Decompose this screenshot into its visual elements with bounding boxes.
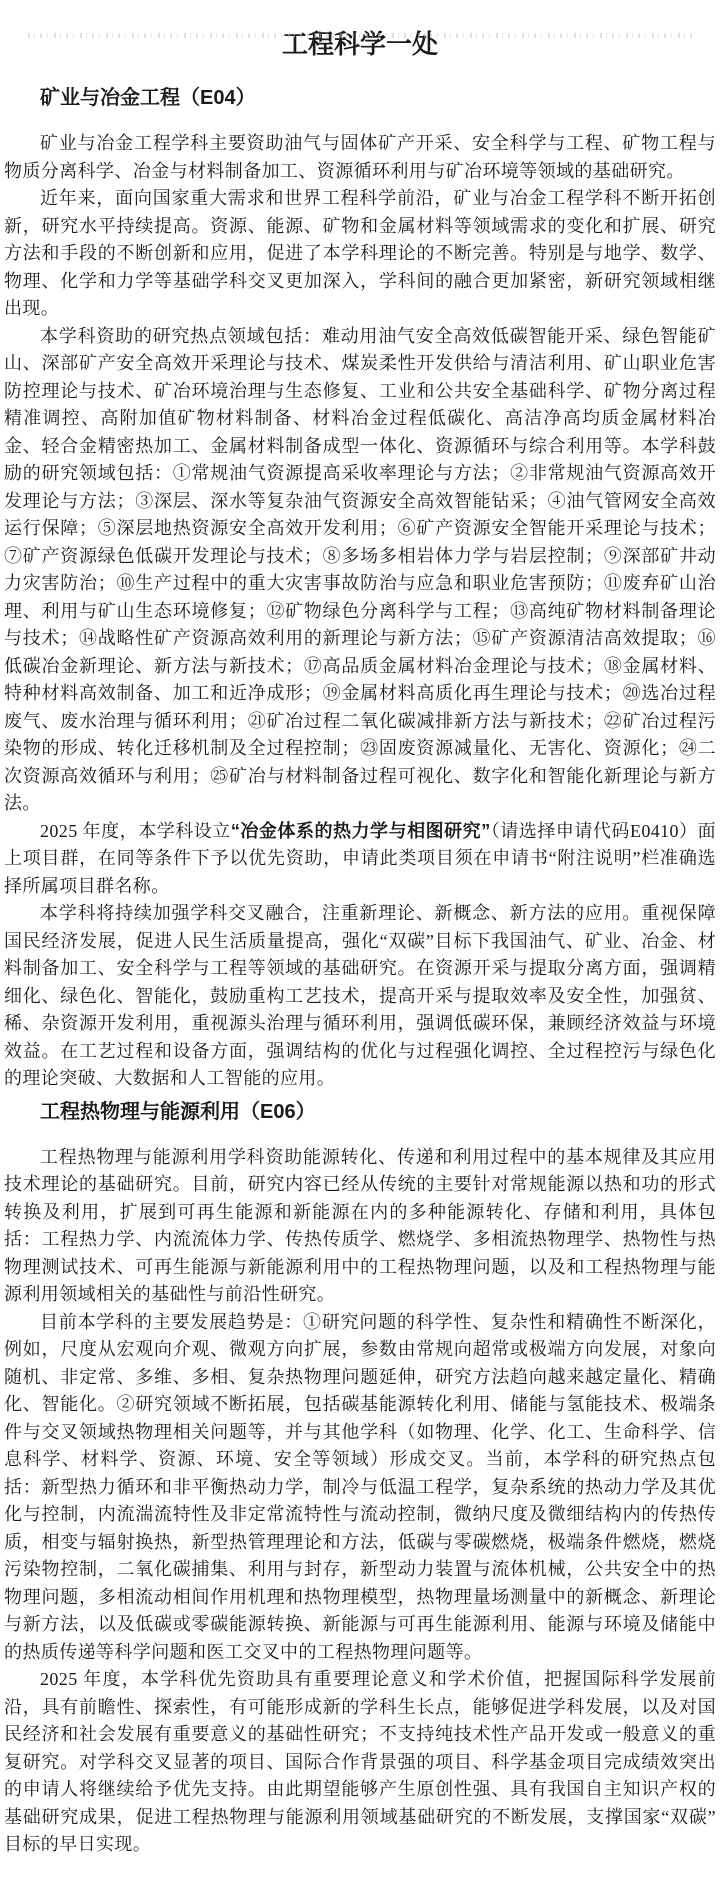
section-heading: 工程热物理与能源利用（E06） [4, 1098, 716, 1126]
body-text: 2025 年度，本学科设立 [40, 821, 231, 841]
sections-container: 矿业与冶金工程（E04）矿业与冶金工程学科主要资助油气与固体矿产开采、安全科学与… [4, 84, 716, 1859]
body-text: 目前本学科的主要发展趋势是：①研究问题的科学性、复杂性和精确性不断深化，例如，尺… [4, 1312, 716, 1662]
clipped-text-artifact [28, 33, 694, 38]
body-text: 本学科将持续加强学科交叉融合，注重新理论、新概念、新方法的应用。重视保障国民经济… [4, 903, 716, 1088]
paragraph: 本学科资助的研究热点领域包括：难动用油气安全高效低碳智能开采、绿色智能矿山、深部… [4, 323, 716, 818]
paragraph: 本学科将持续加强学科交叉融合，注重新理论、新概念、新方法的应用。重视保障国民经济… [4, 900, 716, 1093]
paragraph: 近年来，面向国家重大需求和世界工程科学前沿，矿业与冶金工程学科不断开拓创新，研究… [4, 185, 716, 323]
body-text: 本学科资助的研究热点领域包括：难动用油气安全高效低碳智能开采、绿色智能矿山、深部… [4, 326, 716, 814]
paragraph: 2025 年度，本学科优先资助具有重要理论意义和学术价值，把握国际科学发展前沿，… [4, 1666, 716, 1859]
paragraph: 目前本学科的主要发展趋势是：①研究问题的科学性、复杂性和精确性不断深化，例如，尺… [4, 1309, 716, 1667]
body-text: 近年来，面向国家重大需求和世界工程科学前沿，矿业与冶金工程学科不断开拓创新，研究… [4, 188, 716, 318]
paragraph: 矿业与冶金工程学科主要资助油气与固体矿产开采、安全科学与工程、矿物工程与物质分离… [4, 130, 716, 185]
section-heading: 矿业与冶金工程（E04） [4, 84, 716, 112]
body-text: 矿业与冶金工程学科主要资助油气与固体矿产开采、安全科学与工程、矿物工程与物质分离… [4, 133, 716, 181]
paragraph: 工程热物理与能源利用学科资助能源转化、传递和利用过程中的基本规律及其应用技术理论… [4, 1144, 716, 1309]
body-text: 2025 年度，本学科优先资助具有重要理论意义和学术价值，把握国际科学发展前沿，… [4, 1669, 716, 1854]
emphasized-text: “冶金体系的热力学与相图研究” [231, 821, 491, 841]
document-page: 工程科学一处 矿业与冶金工程（E04）矿业与冶金工程学科主要资助油气与固体矿产开… [0, 30, 720, 1859]
paragraph: 2025 年度，本学科设立“冶金体系的热力学与相图研究”（请选择申请代码E041… [4, 818, 716, 901]
body-text: 工程热物理与能源利用学科资助能源转化、传递和利用过程中的基本规律及其应用技术理论… [4, 1147, 716, 1305]
